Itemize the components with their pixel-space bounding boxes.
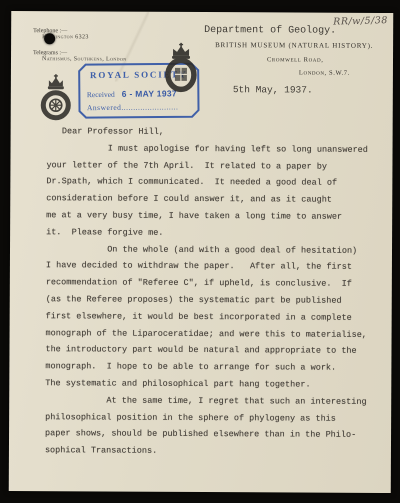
telegrams-value: Nathismus, Southkens, London [33, 56, 127, 62]
address-line-2: London, S.W.7. [299, 70, 350, 77]
scanned-letter-photo: RR/w/5/38 Telephone :— Kensington 6323 T… [0, 0, 400, 503]
stamp-answered-line: Answered........................ [87, 102, 178, 112]
royal-coat-of-arms-crest-icon [160, 41, 202, 95]
letter-paper: RR/w/5/38 Telephone :— Kensington 6323 T… [9, 11, 394, 493]
department-title: Department of Geology. [204, 25, 336, 37]
royal-seal-crest-icon [38, 73, 74, 123]
letter-date: 5th May, 1937. [233, 84, 313, 95]
stamp-received-label: Received [87, 90, 115, 99]
institution-name: BRITISH MUSEUM (NATURAL HISTORY). [215, 41, 373, 50]
archive-reference: RR/w/5/38 [333, 15, 388, 28]
hole-punch [44, 33, 55, 44]
letter-body: Dear Professor Hill, I must apologise fo… [45, 123, 368, 461]
address-line-1: Cromwell Road, [267, 56, 323, 63]
